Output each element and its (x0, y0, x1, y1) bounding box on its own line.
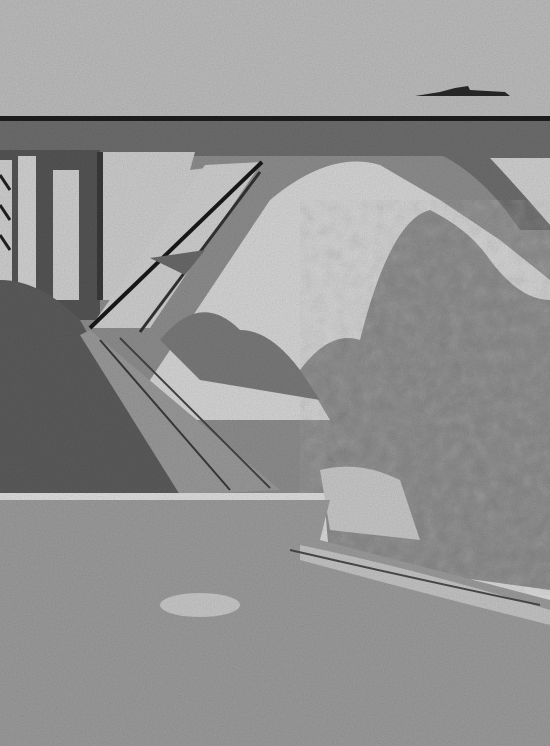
sky (0, 0, 550, 125)
bridge-photograph (0, 0, 550, 746)
